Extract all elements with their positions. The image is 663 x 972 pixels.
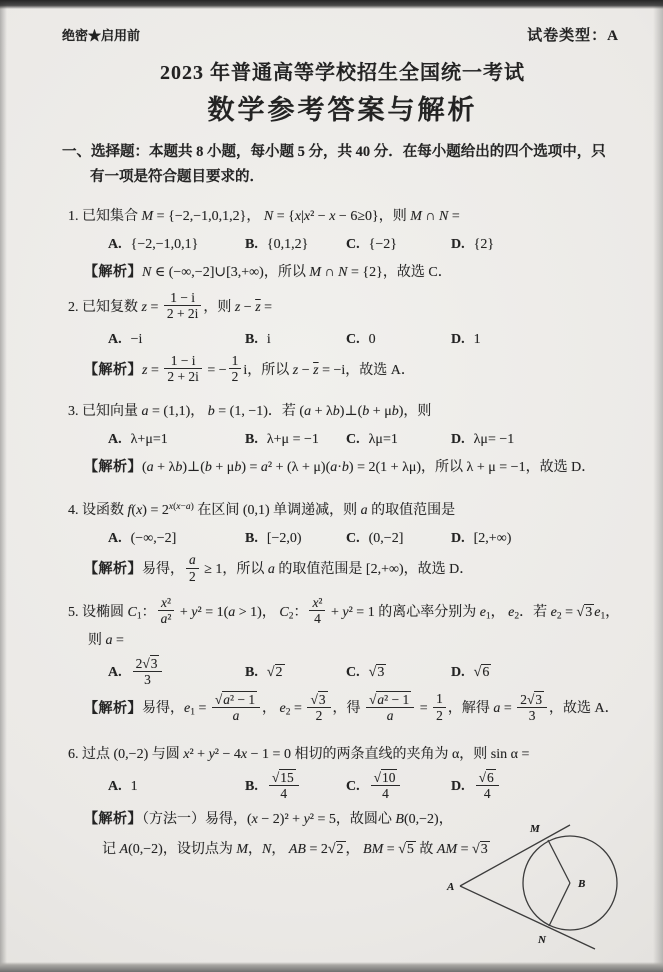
answer-key-title: 数学参考答案与解析: [62, 88, 623, 127]
question-2-stem: 2. 已知复数 z = 1 − i2 + 2i，则 z − z =: [62, 292, 623, 324]
option-c: C.(0,−2]: [346, 527, 451, 551]
option-d: D.1: [451, 328, 481, 352]
tangent-line-AN: [460, 886, 595, 949]
option-c: C.√104: [346, 771, 451, 804]
question-2-analysis: 【解析】z = 1 − i2 + 2i = −12i，所以 z − z = −i…: [62, 355, 623, 387]
question-5-analysis: 【解析】易得，e1 = √a² − 1a， e2 = √32，得 √a² − 1…: [62, 693, 623, 726]
option-b: B.√154: [245, 771, 346, 804]
photo-top-edge: [0, 0, 663, 9]
question-4-analysis: 【解析】易得，a2 ≥ 1，所以 a 的取值范围是 [2,+∞)，故选 D．: [62, 554, 623, 586]
question-5-stem-line2: 则 a =: [62, 629, 623, 653]
option-d: D.λμ= −1: [451, 428, 514, 452]
option-a: A.−i: [108, 328, 245, 352]
question-1: 1. 已知集合 M = {−2,−1,0,1,2}， N = {x|x² − x…: [62, 205, 623, 285]
question-1-options: A.{−2,−1,0,1} B.{0,1,2} C.{−2} D.{2}: [62, 233, 623, 257]
label-A: A: [446, 881, 454, 893]
question-3-analysis: 【解析】(a + λb)⊥(b + μb) = a² + (λ + μ)(a·b…: [62, 455, 623, 480]
photo-left-edge: [0, 0, 7, 972]
exam-title: 2023 年普通高等学校招生全国统一考试: [62, 56, 623, 85]
option-a: A.1: [108, 775, 245, 799]
question-3-stem: 3. 已知向量 a = (1,1)， b = (1, −1)．若 (a + λb…: [62, 400, 623, 424]
option-b: B.[−2,0): [245, 527, 346, 551]
question-4-options: A.(−∞,−2] B.[−2,0) C.(0,−2] D.[2,+∞): [62, 527, 623, 551]
figure-svg: M N A B: [442, 810, 663, 972]
question-5-stem: 5. 设椭圆 C1：x²a² + y² = 1(a > 1)， C2：x²4 +…: [62, 597, 623, 629]
label-N: N: [537, 934, 547, 946]
radius-BN: [549, 883, 570, 926]
option-d: D.√6: [451, 661, 491, 685]
option-d: D.{2}: [451, 233, 494, 257]
question-6-options: A.1 B.√154 C.√104 D.√64: [62, 771, 623, 804]
option-b: B.√2: [245, 661, 346, 685]
question-4-stem: 4. 设函数 f(x) = 2x(x−a) 在区间 (0,1) 单调递减，则 a…: [62, 495, 623, 523]
page-header: 绝密★启用前 试卷类型：A: [62, 24, 623, 45]
section-instructions-line2: 有一项是符合题目要求的．: [62, 165, 623, 190]
tangent-circle-figure: M N A B: [442, 810, 663, 972]
option-a: A.λ+μ=1: [108, 428, 245, 452]
option-c: C.{−2}: [346, 233, 451, 257]
question-2-options: A.−i B.i C.0 D.1: [62, 328, 623, 352]
label-M: M: [529, 823, 541, 835]
paper-type-label: 试卷类型：A: [527, 24, 623, 45]
question-5: 5. 设椭圆 C1：x²a² + y² = 1(a > 1)， C2：x²4 +…: [62, 597, 623, 726]
question-3: 3. 已知向量 a = (1,1)， b = (1, −1)．若 (a + λb…: [62, 400, 623, 480]
question-1-stem: 1. 已知集合 M = {−2,−1,0,1,2}， N = {x|x² − x…: [62, 205, 623, 229]
photo-bottom-edge: [0, 962, 663, 972]
security-label: 绝密★启用前: [62, 25, 140, 44]
photo-right-edge: [653, 0, 663, 972]
section-instructions: 一、选择题：本题共 8 小题，每小题 5 分，共 40 分．在每小题给出的四个选…: [62, 140, 623, 190]
option-a: A.2√33: [108, 657, 245, 690]
tangent-line-AM: [460, 825, 570, 886]
exam-answer-sheet-photo: 绝密★启用前 试卷类型：A 2023 年普通高等学校招生全国统一考试 数学参考答…: [0, 0, 663, 972]
option-b: B.i: [245, 328, 346, 352]
question-2: 2. 已知复数 z = 1 − i2 + 2i，则 z − z = A.−i B…: [62, 292, 623, 387]
option-a: A.{−2,−1,0,1}: [108, 233, 245, 257]
option-b: B.λ+μ = −1: [245, 428, 346, 452]
option-d: D.√64: [451, 771, 501, 804]
option-c: C.λμ=1: [346, 428, 451, 452]
option-c: C.√3: [346, 661, 451, 685]
question-6-stem: 6. 过点 (0,−2) 与圆 x² + y² − 4x − 1 = 0 相切的…: [62, 743, 623, 767]
option-b: B.{0,1,2}: [245, 233, 346, 257]
option-a: A.(−∞,−2]: [108, 527, 245, 551]
label-B: B: [577, 878, 585, 890]
option-c: C.0: [346, 328, 451, 352]
question-4: 4. 设函数 f(x) = 2x(x−a) 在区间 (0,1) 单调递减，则 a…: [62, 495, 623, 586]
option-d: D.[2,+∞): [451, 527, 511, 551]
radius-BM: [548, 840, 570, 883]
question-3-options: A.λ+μ=1 B.λ+μ = −1 C.λμ=1 D.λμ= −1: [62, 428, 623, 452]
question-1-analysis: 【解析】N ∈ (−∞,−2]∪[3,+∞)，所以 M ∩ N = {2}，故选…: [62, 260, 623, 285]
section-instructions-line1: 一、选择题：本题共 8 小题，每小题 5 分，共 40 分．在每小题给出的四个选…: [62, 140, 623, 165]
page-content: 绝密★启用前 试卷类型：A 2023 年普通高等学校招生全国统一考试 数学参考答…: [0, 0, 663, 862]
question-5-options: A.2√33 B.√2 C.√3 D.√6: [62, 657, 623, 690]
